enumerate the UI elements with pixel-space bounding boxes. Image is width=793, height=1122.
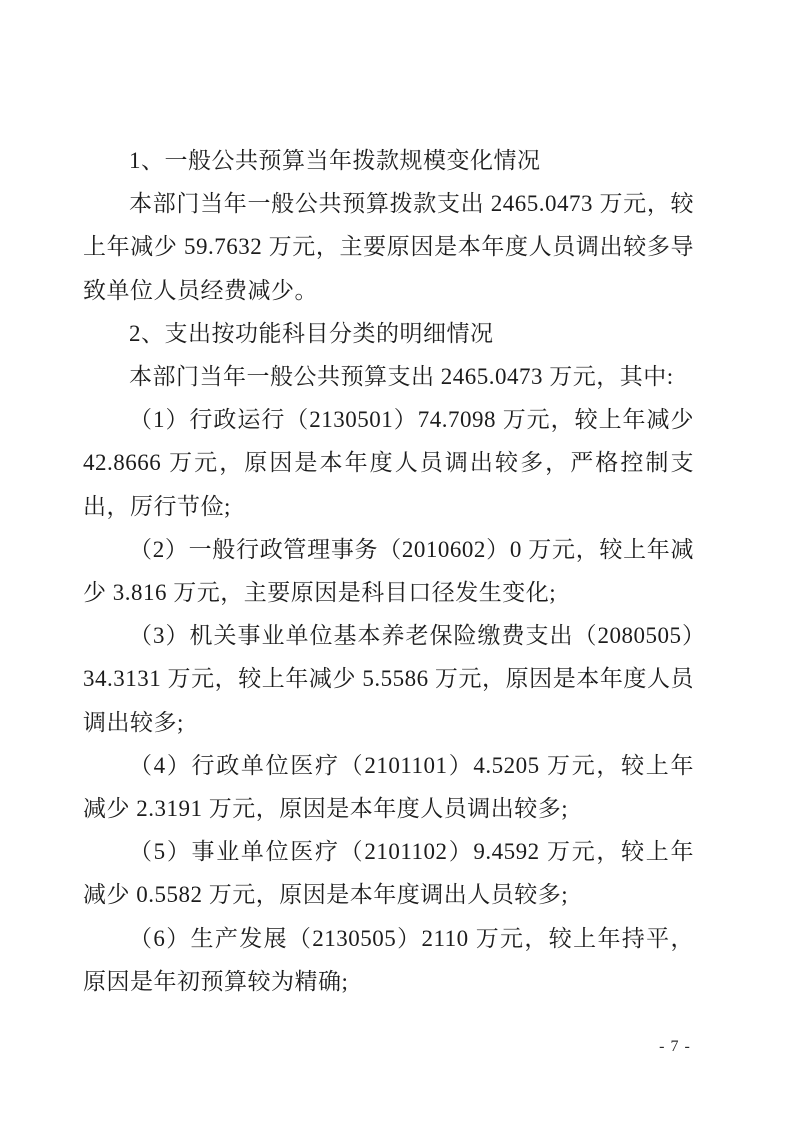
para-item-6-production-development: （6）生产发展（2130505）2110 万元，较上年持平，原因是年初预算较为精…: [83, 917, 694, 1003]
section-1-heading: 1、一般公共预算当年拨款规模变化情况: [83, 139, 694, 182]
para-item-2-general-admin-affairs: （2）一般行政管理事务（2010602）0 万元，较上年减少 3.816 万元，…: [83, 528, 694, 614]
section-2-heading: 2、支出按功能科目分类的明细情况: [83, 312, 694, 355]
para-budget-allocation-change: 本部门当年一般公共预算拨款支出 2465.0473 万元，较上年减少 59.76…: [83, 182, 694, 312]
para-item-4-admin-unit-medical: （4）行政单位医疗（2101101）4.5205 万元，较上年减少 2.3191…: [83, 744, 694, 830]
document-page: 1、一般公共预算当年拨款规模变化情况 本部门当年一般公共预算拨款支出 2465.…: [0, 0, 793, 1122]
para-item-5-institution-unit-medical: （5）事业单位医疗（2101102）9.4592 万元，较上年减少 0.5582…: [83, 830, 694, 916]
para-expenditure-total: 本部门当年一般公共预算支出 2465.0473 万元，其中:: [83, 355, 694, 398]
document-body: 1、一般公共预算当年拨款规模变化情况 本部门当年一般公共预算拨款支出 2465.…: [83, 139, 694, 1003]
para-item-1-administrative-operation: （1）行政运行（2130501）74.7098 万元，较上年减少 42.8666…: [83, 398, 694, 528]
page-number: - 7 -: [650, 1038, 700, 1056]
para-item-3-pension-insurance-contribution: （3）机关事业单位基本养老保险缴费支出（2080505）34.3131 万元，较…: [83, 614, 694, 744]
